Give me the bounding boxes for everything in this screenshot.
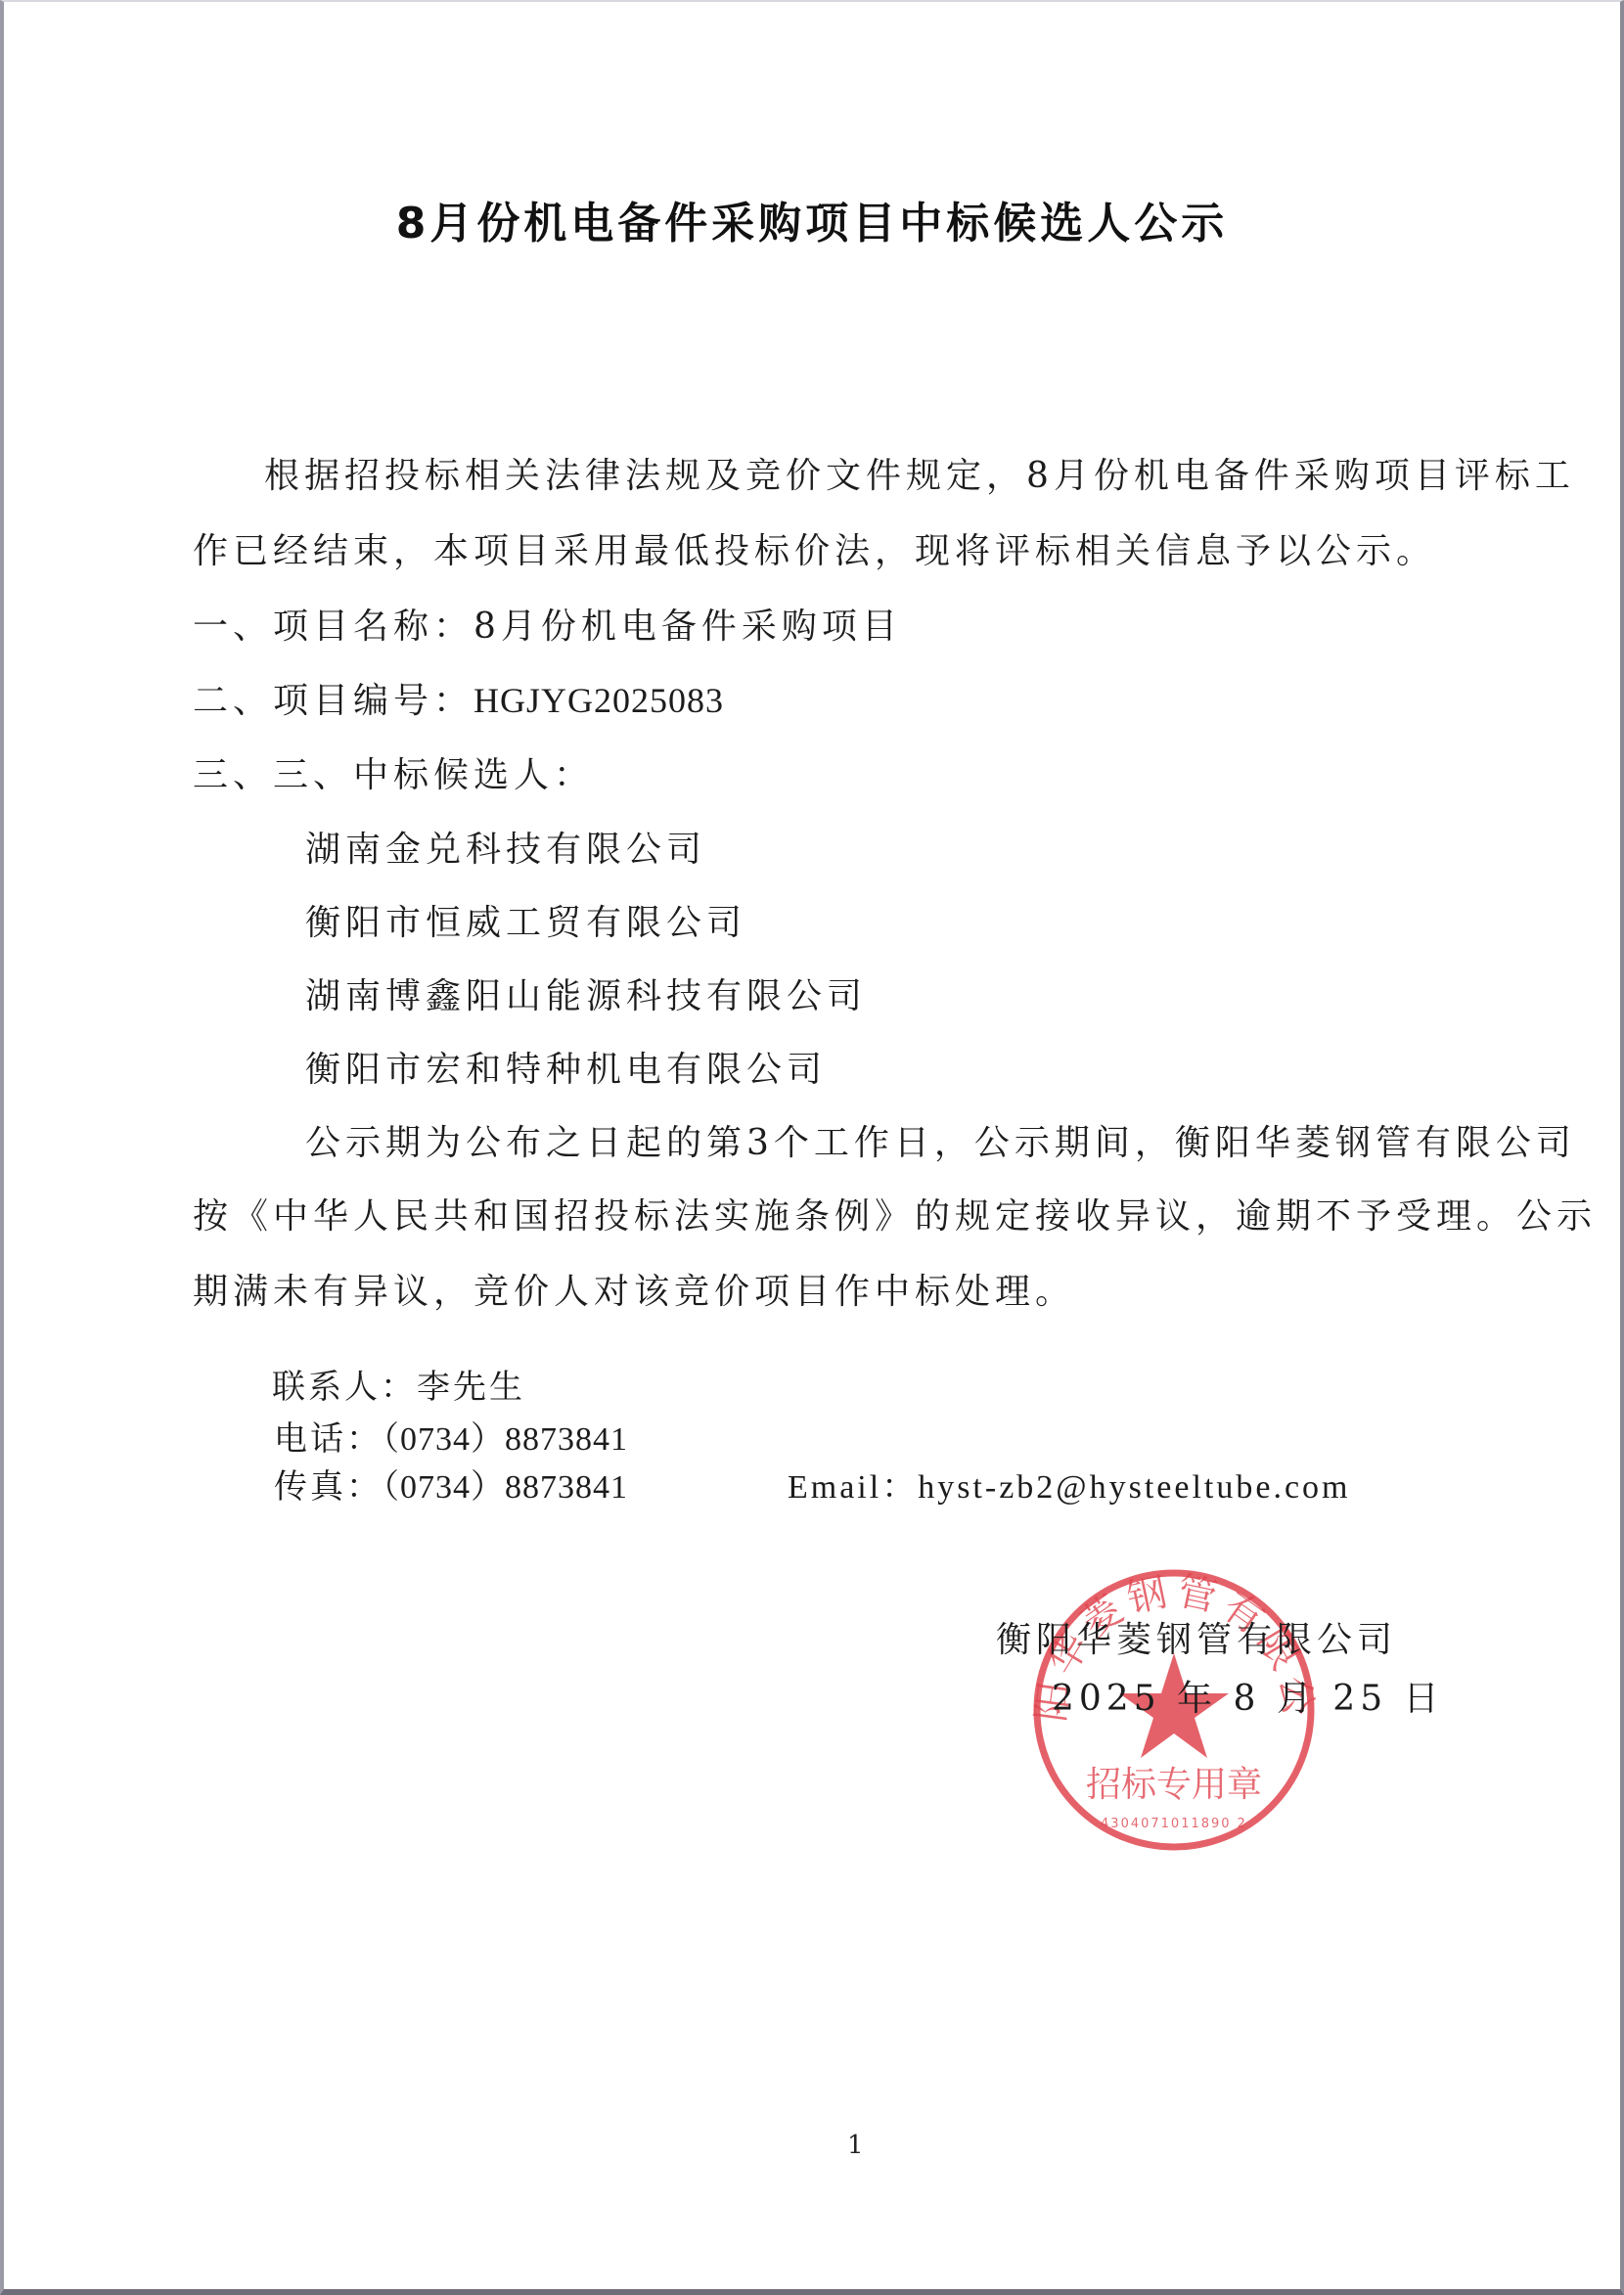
contact-person-value: 李先生	[417, 1368, 525, 1407]
signature-company: 衡阳华菱钢管有限公司	[996, 1612, 1397, 1662]
candidate-item: 湖南金兑科技有限公司	[305, 822, 706, 872]
signature-date: 2025 年 8 月 25 日	[1052, 1671, 1444, 1721]
project-name-item: 一、项目名称：8月份机电备件采购项目	[193, 599, 902, 649]
contact-email: Email：hyst-zb2@hysteeltube.com	[788, 1460, 1350, 1507]
intro-paragraph-line-2: 作已经结束，本项目采用最低投标价法，现将评标相关信息予以公示。	[193, 523, 1436, 573]
notice-paragraph-line-1: 公示期为公布之日起的第3个工作日，公示期间，衡阳华菱钢管有限公司	[305, 1115, 1576, 1165]
email-value: hyst-zb2@hysteeltube.com	[918, 1469, 1350, 1506]
project-number-value: HGJYG2025083	[474, 681, 724, 720]
svg-text:4304071011890 2: 4304071011890 2	[1101, 1817, 1247, 1831]
candidate-item: 湖南博鑫阳山能源科技有限公司	[305, 968, 867, 1018]
project-number-item: 二、项目编号：HGJYG2025083	[193, 673, 724, 723]
fax-value: （0734）8873841	[383, 1469, 628, 1506]
email-label: Email：	[788, 1469, 918, 1506]
page-number: 1	[847, 2131, 864, 2160]
intro-paragraph-line-1: 根据招投标相关法律法规及竞价文件规定，8月份机电备件采购项目评标工	[264, 448, 1575, 498]
candidate-item: 衡阳市恒威工贸有限公司	[305, 895, 746, 945]
contact-phone: 电话：（0734）8873841	[274, 1412, 628, 1460]
contact-fax: 传真：（0734）8873841	[274, 1460, 628, 1507]
candidates-heading: 三、三、中标候选人：	[193, 747, 594, 797]
project-number-label: 二、项目编号：	[193, 681, 474, 721]
notice-paragraph-line-3: 期满未有异议，竞价人对该竞价项目作中标处理。	[193, 1264, 1075, 1314]
notice-paragraph-line-2: 按《中华人民共和国招投标法实施条例》的规定接收异议，逾期不予受理。公示	[193, 1189, 1597, 1238]
phone-value: （0734）8873841	[383, 1421, 628, 1458]
contact-person: 联系人：李先生	[272, 1360, 525, 1408]
candidate-item: 衡阳市宏和特种机电有限公司	[305, 1042, 827, 1092]
contact-person-label: 联系人：	[272, 1368, 417, 1407]
phone-label: 电话：	[274, 1419, 383, 1459]
fax-label: 传真：	[274, 1467, 383, 1507]
svg-text:招标专用章: 招标专用章	[1086, 1765, 1262, 1805]
document-title: 8月份机电备件采购项目中标候选人公示	[0, 188, 1624, 250]
